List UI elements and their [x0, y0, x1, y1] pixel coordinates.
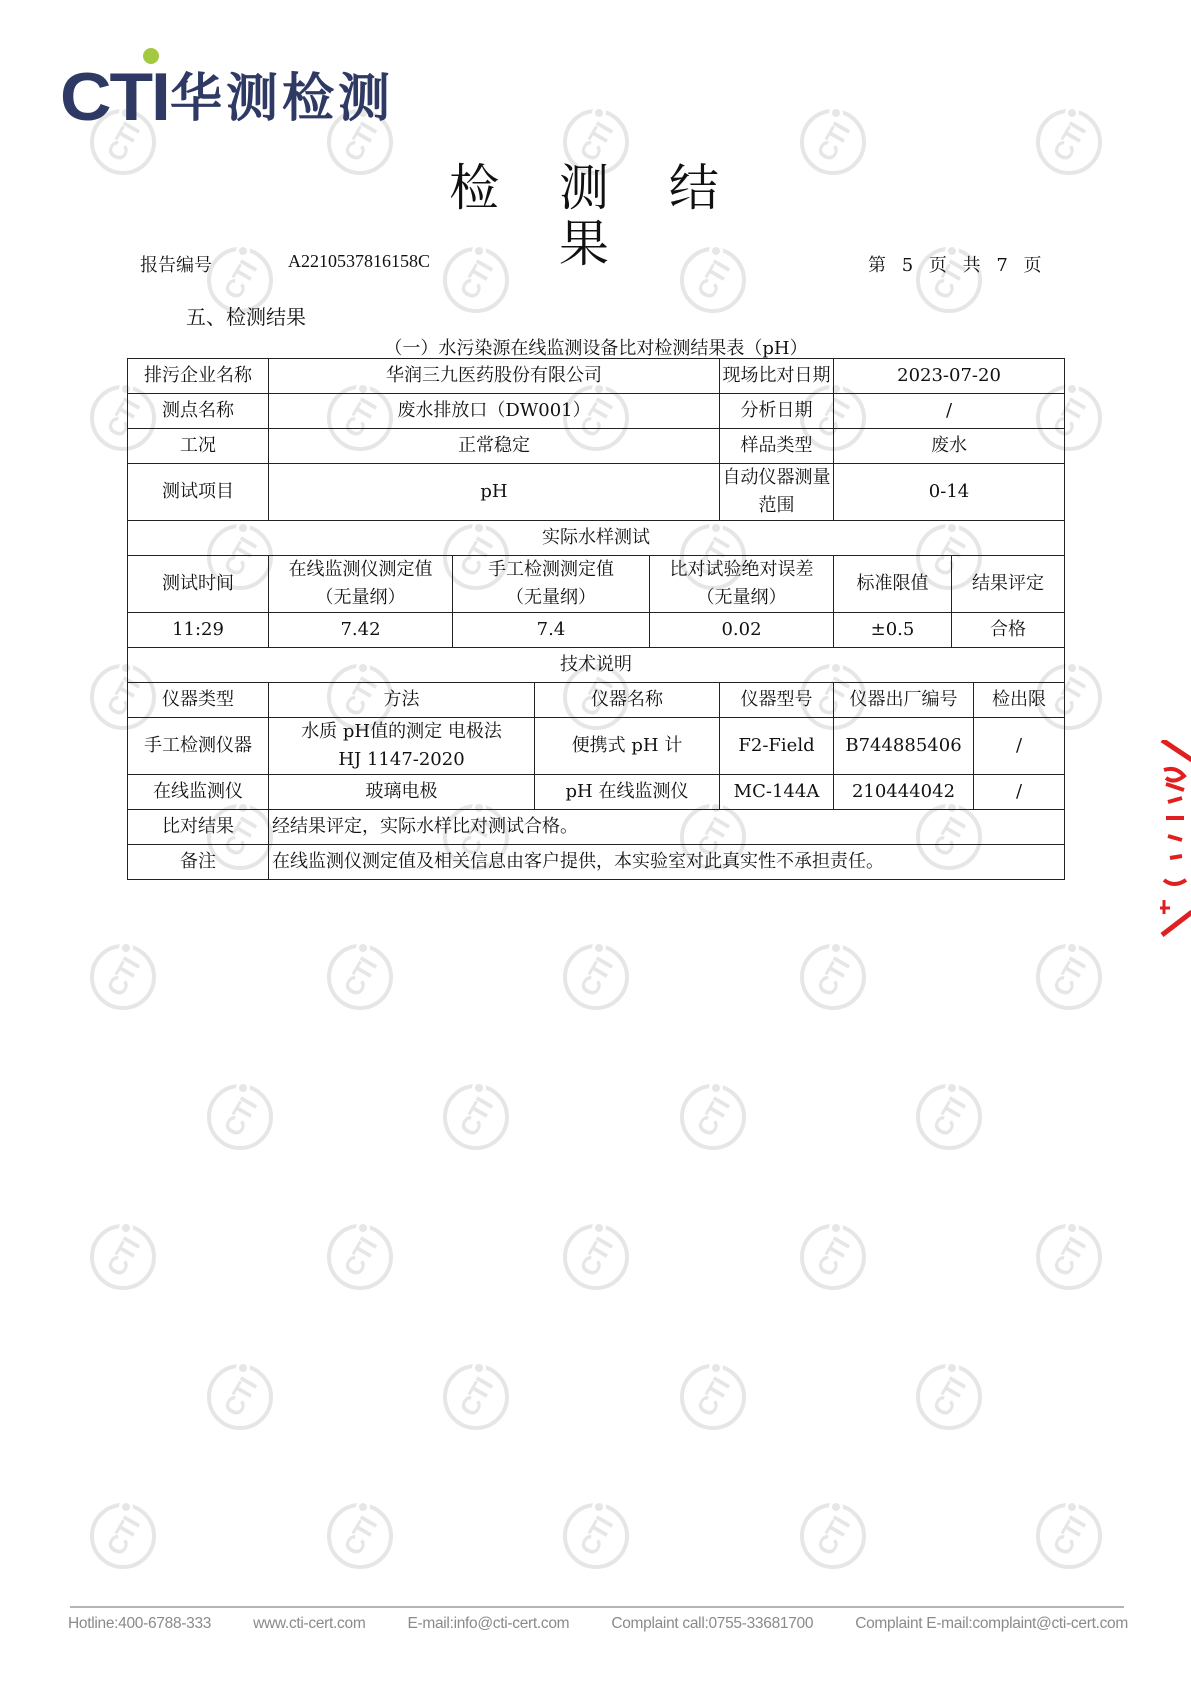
- instrument-serial: 210444042: [834, 775, 974, 810]
- sample-test-data-row: 11:29 7.42 7.4 0.02 ±0.5 合格: [128, 613, 1065, 648]
- site-date-value: 2023-07-20: [834, 359, 1065, 394]
- instrument-type: 手工检测仪器: [128, 718, 269, 775]
- header-model: 仪器型号: [720, 683, 834, 718]
- method: 水质 pH值的测定 电极法HJ 1147-2020: [269, 718, 535, 775]
- method: 玻璃电极: [269, 775, 535, 810]
- analysis-date-label: 分析日期: [720, 394, 834, 429]
- header-standard-limit: 标准限值: [834, 556, 952, 613]
- header-abs-error: 比对试验绝对误差（无量纲）: [650, 556, 834, 613]
- footer-email: E-mail:info@cti-cert.com: [407, 1615, 569, 1633]
- cti-logo: CTI 华测检测: [60, 44, 450, 128]
- header-manual-value: 手工检测测定值（无量纲）: [453, 556, 650, 613]
- sample-test-header-row: 测试时间 在线监测仪测定值（无量纲） 手工检测测定值（无量纲） 比对试验绝对误差…: [128, 556, 1065, 613]
- footer-complaint-call: Complaint call:0755-33681700: [611, 1615, 813, 1633]
- header-serial: 仪器出厂编号: [834, 683, 974, 718]
- condition-value: 正常稳定: [269, 429, 720, 464]
- conclusion-label: 比对结果: [128, 810, 269, 845]
- item-label: 测试项目: [128, 464, 269, 521]
- info-row-item: 测试项目 pH 自动仪器测量范围 0-14: [128, 464, 1065, 521]
- test-time: 11:29: [128, 613, 269, 648]
- report-number: A2210537816158C: [288, 251, 430, 272]
- tech-section-row: 技术说明: [128, 648, 1065, 683]
- instrument-model: F2-Field: [720, 718, 834, 775]
- instrument-name: 便携式 pH 计: [535, 718, 720, 775]
- info-row-condition: 工况 正常稳定 样品类型 废水: [128, 429, 1065, 464]
- company-value: 华润三九医药股份有限公司: [269, 359, 720, 394]
- footer: Hotline:400-6788-333 www.cti-cert.com E-…: [68, 1615, 1128, 1633]
- header-method: 方法: [269, 683, 535, 718]
- header-instrument-name: 仪器名称: [535, 683, 720, 718]
- instrument-model: MC-144A: [720, 775, 834, 810]
- tech-row-online: 在线监测仪 玻璃电极 pH 在线监测仪 MC-144A 210444042 /: [128, 775, 1065, 810]
- conclusion-row: 比对结果 经结果评定，实际水样比对测试合格。: [128, 810, 1065, 845]
- detection-limit: /: [974, 718, 1065, 775]
- detection-limit: /: [974, 775, 1065, 810]
- instrument-type: 在线监测仪: [128, 775, 269, 810]
- range-label: 自动仪器测量范围: [720, 464, 834, 521]
- header-online-value: 在线监测仪测定值（无量纲）: [269, 556, 453, 613]
- tech-section-label: 技术说明: [128, 648, 1065, 683]
- header-instrument-type: 仪器类型: [128, 683, 269, 718]
- sample-test-section-row: 实际水样测试: [128, 521, 1065, 556]
- online-value: 7.42: [269, 613, 453, 648]
- remark-text: 在线监测仪测定值及相关信息由客户提供，本实验室对此真实性不承担责任。: [269, 845, 1065, 880]
- header-test-time: 测试时间: [128, 556, 269, 613]
- document-title: 检 测 结 果: [440, 160, 750, 272]
- item-value: pH: [269, 464, 720, 521]
- analysis-date-value: /: [834, 394, 1065, 429]
- logo-chinese-text: 华测检测: [170, 70, 394, 128]
- remark-label: 备注: [128, 845, 269, 880]
- tech-row-manual: 手工检测仪器 水质 pH值的测定 电极法HJ 1147-2020 便携式 pH …: [128, 718, 1065, 775]
- header-detection-limit: 检出限: [974, 683, 1065, 718]
- conclusion-text: 经结果评定，实际水样比对测试合格。: [269, 810, 1065, 845]
- header-result: 结果评定: [952, 556, 1065, 613]
- company-label: 排污企业名称: [128, 359, 269, 394]
- instrument-name: pH 在线监测仪: [535, 775, 720, 810]
- remark-row: 备注 在线监测仪测定值及相关信息由客户提供，本实验室对此真实性不承担责任。: [128, 845, 1065, 880]
- sample-test-section-label: 实际水样测试: [128, 521, 1065, 556]
- report-number-label: 报告编号: [140, 251, 212, 277]
- results-table: 排污企业名称 华润三九医药股份有限公司 现场比对日期 2023-07-20 测点…: [127, 358, 1065, 880]
- section-title: 五、检测结果: [186, 301, 306, 330]
- table-caption: （一）水污染源在线监测设备比对检测结果表（pH）: [128, 334, 1064, 360]
- site-date-label: 现场比对日期: [720, 359, 834, 394]
- sample-type-value: 废水: [834, 429, 1065, 464]
- standard-limit: ±0.5: [834, 613, 952, 648]
- info-row-point: 测点名称 废水排放口（DW001） 分析日期 /: [128, 394, 1065, 429]
- abs-error: 0.02: [650, 613, 834, 648]
- instrument-serial: B744885406: [834, 718, 974, 775]
- page-indicator: 第 5 页 共 7 页: [868, 251, 1044, 277]
- range-value: 0-14: [834, 464, 1065, 521]
- point-label: 测点名称: [128, 394, 269, 429]
- point-value: 废水排放口（DW001）: [269, 394, 720, 429]
- tech-header-row: 仪器类型 方法 仪器名称 仪器型号 仪器出厂编号 检出限: [128, 683, 1065, 718]
- result-evaluation: 合格: [952, 613, 1065, 648]
- logo-cti-text: CTI: [60, 66, 169, 128]
- footer-complaint-email: Complaint E-mail:complaint@cti-cert.com: [855, 1615, 1128, 1633]
- sample-type-label: 样品类型: [720, 429, 834, 464]
- manual-value: 7.4: [453, 613, 650, 648]
- footer-website: www.cti-cert.com: [253, 1615, 365, 1633]
- document-page: CTI 华测检测 检 测 结 果 报告编号 A2210537816158C 第 …: [0, 0, 1191, 1684]
- footer-hotline: Hotline:400-6788-333: [68, 1615, 211, 1633]
- red-seal-stamp-icon: [1150, 740, 1191, 940]
- footer-divider: [70, 1606, 1124, 1608]
- condition-label: 工况: [128, 429, 269, 464]
- info-row-company: 排污企业名称 华润三九医药股份有限公司 现场比对日期 2023-07-20: [128, 359, 1065, 394]
